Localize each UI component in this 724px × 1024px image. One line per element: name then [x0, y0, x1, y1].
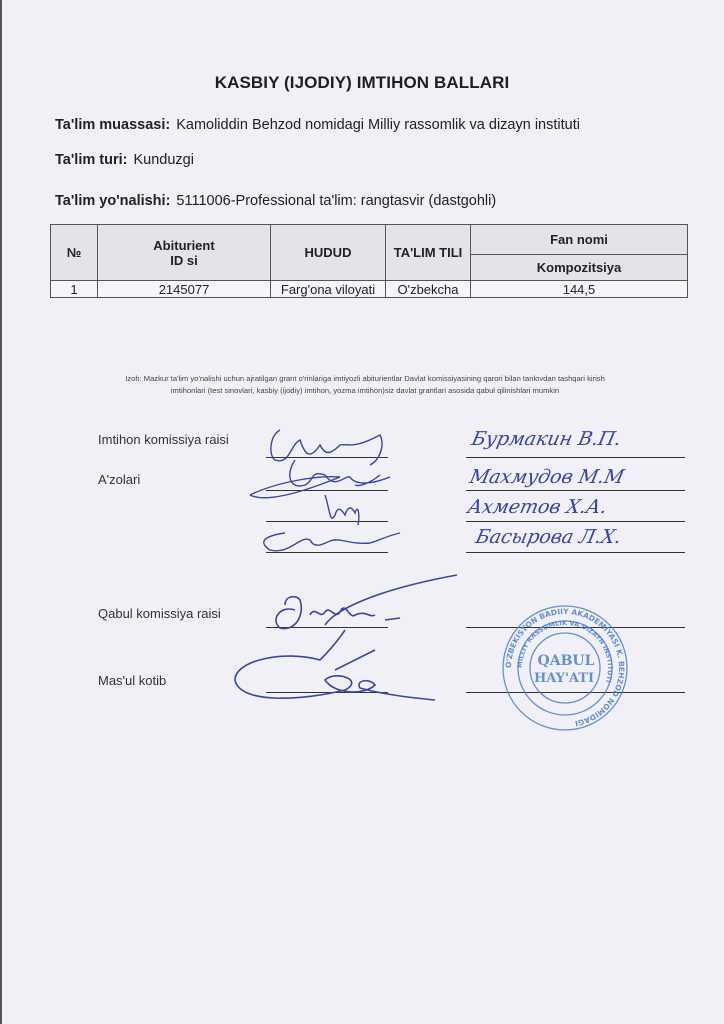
header-number: №	[51, 225, 98, 281]
handwritten-name: Басырова Л.Х.	[474, 526, 624, 548]
name-line	[466, 490, 685, 491]
note: Izoh: Mazkur ta'lim yo'nalishi uchun ajr…	[40, 373, 690, 397]
header-subject: Kompozitsiya	[471, 255, 688, 281]
header-applicant-id: Abiturient ID si	[98, 225, 271, 281]
study-direction-value: 5111006-Professional ta'lim: rangtasvir …	[176, 193, 496, 209]
secretary-label: Mas'ul kotib	[98, 673, 166, 688]
cell-number: 1	[51, 281, 98, 298]
study-direction-label: Ta'lim yo'nalishi:	[55, 193, 170, 209]
stamp-center-line1: QABUL	[538, 653, 595, 669]
institution-field: Ta'lim muassasi:Kamoliddin Behzod nomida…	[55, 117, 580, 133]
members-label: A'zolari	[98, 472, 140, 487]
table-row: 1 2145077 Farg'ona viloyati O'zbekcha 14…	[51, 281, 688, 298]
handwritten-name: Ахметов Х.А.	[466, 496, 609, 518]
stamp-center-line2: HAY'ATI	[534, 671, 594, 686]
name-line	[466, 457, 685, 458]
cell-score: 144,5	[471, 281, 688, 298]
header-subject-group: Fan nomi	[471, 225, 688, 255]
signature-scrawl-icon	[230, 415, 410, 565]
admission-chair-label: Qabul komissiya raisi	[98, 606, 221, 621]
cell-applicant-id: 2145077	[98, 281, 271, 298]
signature-scrawl-icon	[225, 570, 465, 710]
handwritten-name: Махмудов М.М	[468, 466, 626, 488]
institution-value: Kamoliddin Behzod nomidagi Milliy rassom…	[176, 117, 580, 133]
note-line1: Izoh: Mazkur ta'lim yo'nalishi uchun ajr…	[40, 373, 690, 385]
header-region: HUDUD	[271, 225, 386, 281]
study-direction-field: Ta'lim yo'nalishi:5111006-Professional t…	[55, 193, 496, 209]
header-applicant-id-line1: Abiturient	[98, 238, 270, 253]
name-line	[466, 521, 685, 522]
admission-stamp-icon: O'ZBEKISTON BADIIY AKADEMIYASI K. BEHZOD…	[500, 603, 630, 733]
header-applicant-id-line2: ID si	[98, 253, 270, 268]
cell-language: O'zbekcha	[386, 281, 471, 298]
exam-commission-chair-label: Imtihon komissiya raisi	[98, 432, 229, 447]
scan-edge	[0, 0, 2, 1024]
cell-region: Farg'ona viloyati	[271, 281, 386, 298]
study-form-value: Kunduzgi	[133, 152, 193, 168]
note-line2: imtihonlari (test sinovlari, kasbiy (ijo…	[40, 385, 690, 397]
institution-label: Ta'lim muassasi:	[55, 117, 170, 133]
scores-table: № Abiturient ID si HUDUD TA'LIM TILI Fan…	[50, 224, 688, 298]
header-language: TA'LIM TILI	[386, 225, 471, 281]
handwritten-name: Бурмакин В.П.	[470, 428, 624, 450]
study-form-field: Ta'lim turi:Kunduzgi	[55, 152, 194, 168]
study-form-label: Ta'lim turi:	[55, 152, 127, 168]
document-title: KASBIY (IJODIY) IMTIHON BALLARI	[0, 73, 724, 93]
name-line	[466, 552, 685, 553]
